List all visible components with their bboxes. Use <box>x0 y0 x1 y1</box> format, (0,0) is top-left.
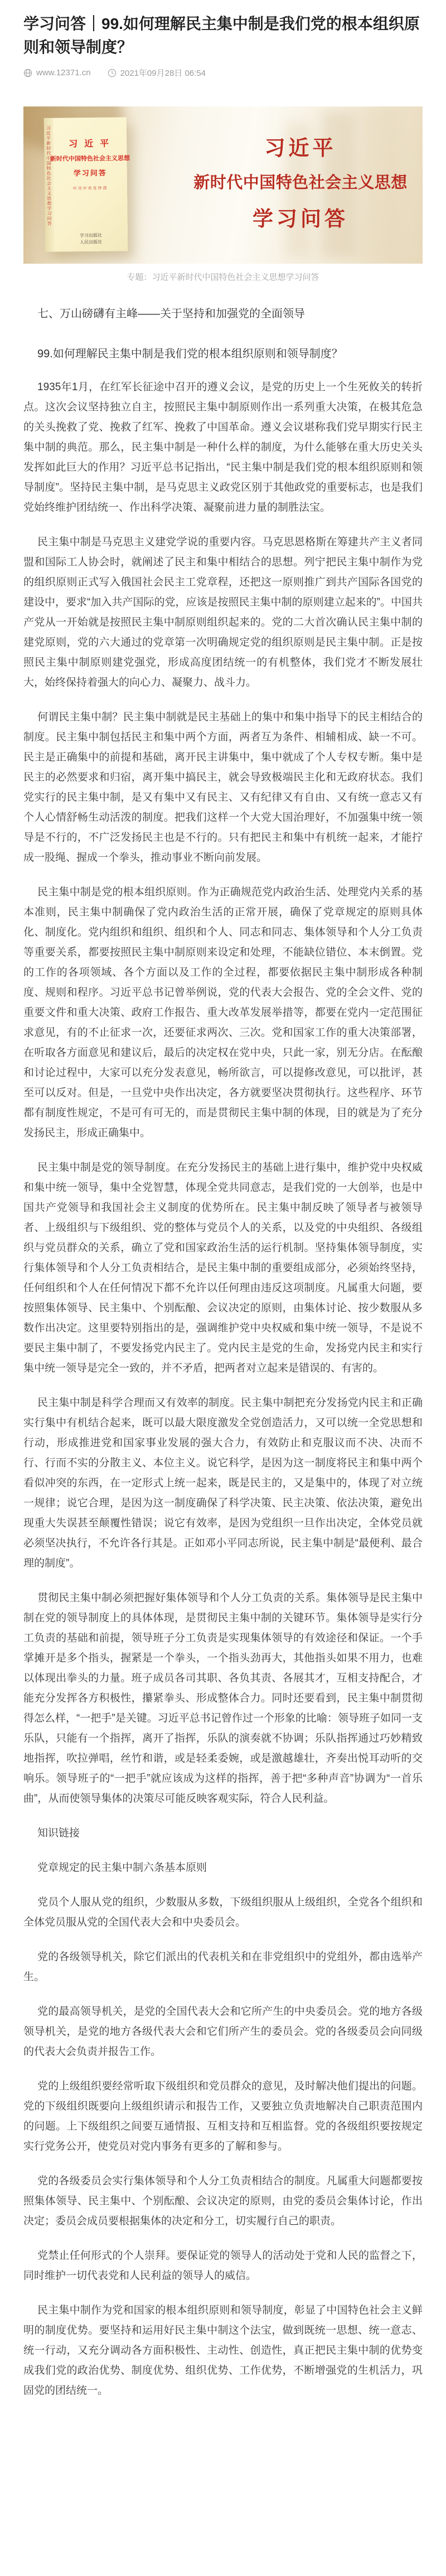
principle-6: 党禁止任何形式的个人崇拜。要保证党的领导人的活动处于党和人民的监督之下，同时维护… <box>23 2246 423 2286</box>
meta-date: 2021年09月28日 06:54 <box>108 67 206 79</box>
slogan-line2: 新时代中国特色社会主义思想 <box>186 170 415 193</box>
cover-title-line3: 学习问答 <box>74 167 107 178</box>
paragraph-6: 民主集中制是科学合理而又有效率的制度。民主集中制把充分发扬党内民主和正确实行集中… <box>23 1393 423 1574</box>
paragraph-7: 贯彻民主集中制必须把握好集体领导和个人分工负责的关系。集体领导是民主集中制在党的… <box>23 1588 423 1809</box>
principle-2: 党的各级领导机关，除它们派出的代表机关和在非党组织中的党组外，都由选举产生。 <box>23 1947 423 1987</box>
knowledge-heading: 知识链接 <box>23 1823 423 1844</box>
hero-image: 习近平新时代中国特色社会主义思想学习问答 习 近 平 新时代中国特色社会主义思想… <box>23 106 423 264</box>
book-cover: 习 近 平 新时代中国特色社会主义思想 学习问答 中共中央宣传部 学习出版社 人… <box>53 117 128 251</box>
principle-3: 党的最高领导机关，是党的全国代表大会和它所产生的中央委员会。党的地方各级领导机关… <box>23 2002 423 2062</box>
cover-title-line1: 习 近 平 <box>69 137 111 150</box>
book-spine-text: 习近平新时代中国特色社会主义思想学习问答 <box>45 126 52 226</box>
principle-1: 党员个人服从党的组织，少数服从多数，下级组织服从上级组织，全党各个组织和全体党员… <box>23 1893 423 1933</box>
paragraph-2: 民主集中制是马克思主义建党学说的重要内容。马克思恩格斯在筹建共产主义者同盟和国际… <box>23 532 423 693</box>
paragraph-3: 何谓民主集中制？民主集中制就是民主基础上的集中和集中指导下的民主相结合的制度。民… <box>23 707 423 868</box>
slogan-line3: 学习问答 <box>186 202 415 232</box>
page-title: 学习问答｜99.如何理解民主集中制是我们党的根本组织原则和领导制度？ <box>23 12 423 59</box>
cover-publisher-line1: 学习出版社 <box>80 232 102 239</box>
cover-publisher-line2: 人民出版社 <box>80 239 102 246</box>
meta-bar: www.12371.cn 2021年09月28日 06:54 <box>23 67 423 79</box>
meta-source-text: www.12371.cn <box>36 68 91 77</box>
meta-source: www.12371.cn <box>23 68 91 77</box>
paragraph-1: 1935年1月，在红军长征途中召开的遵义会议，是党的历史上一个生死攸关的转折点。… <box>23 377 423 518</box>
globe-icon <box>23 69 32 77</box>
hero-caption-link[interactable]: 专题：习近平新时代中国特色社会主义思想学习问答 <box>23 271 423 283</box>
book: 习近平新时代中国特色社会主义思想学习问答 习 近 平 新时代中国特色社会主义思想… <box>44 117 128 252</box>
article: 学习问答｜99.如何理解民主集中制是我们党的根本组织原则和领导制度？ www.1… <box>0 0 446 2440</box>
cover-subtitle: 中共中央宣传部 <box>73 186 108 192</box>
knowledge-subheading: 党章规定的民主集中制六条基本原则 <box>23 1858 423 1878</box>
hero-slogan: 习近平 新时代中国特色社会主义思想 学习问答 <box>186 131 415 232</box>
meta-date-text: 2021年09月28日 06:54 <box>120 67 206 79</box>
section-heading: 七、万山磅礴有主峰——关于坚持和加强党的全面领导 <box>23 305 423 323</box>
principle-5: 党的各级委员会实行集体领导和个人分工负责相结合的制度。凡属重大问题都要按照集体领… <box>23 2171 423 2231</box>
question-heading: 99.如何理解民主集中制是我们党的根本组织原则和领导制度？ <box>23 345 423 363</box>
paragraph-4: 民主集中制是党的根本组织原则。作为正确规范党内政治生活、处理党内关系的基本准则，… <box>23 882 423 1143</box>
clock-icon <box>108 69 117 77</box>
principle-4: 党的上级组织要经常听取下级组织和党员群众的意见，及时解决他们提出的问题。党的下级… <box>23 2077 423 2157</box>
cover-title-line2: 新时代中国特色社会主义思想 <box>50 153 130 163</box>
paragraph-5: 民主集中制是党的领导制度。在充分发扬民主的基础上进行集中，维护党中央权威和集中统… <box>23 1158 423 1379</box>
cover-publisher: 学习出版社 人民出版社 <box>80 232 102 246</box>
slogan-line1: 习近平 <box>186 131 415 161</box>
closing-paragraph: 民主集中制作为党和国家的根本组织原则和领导制度，彰显了中国特色社会主义鲜明的制度… <box>23 2301 423 2401</box>
